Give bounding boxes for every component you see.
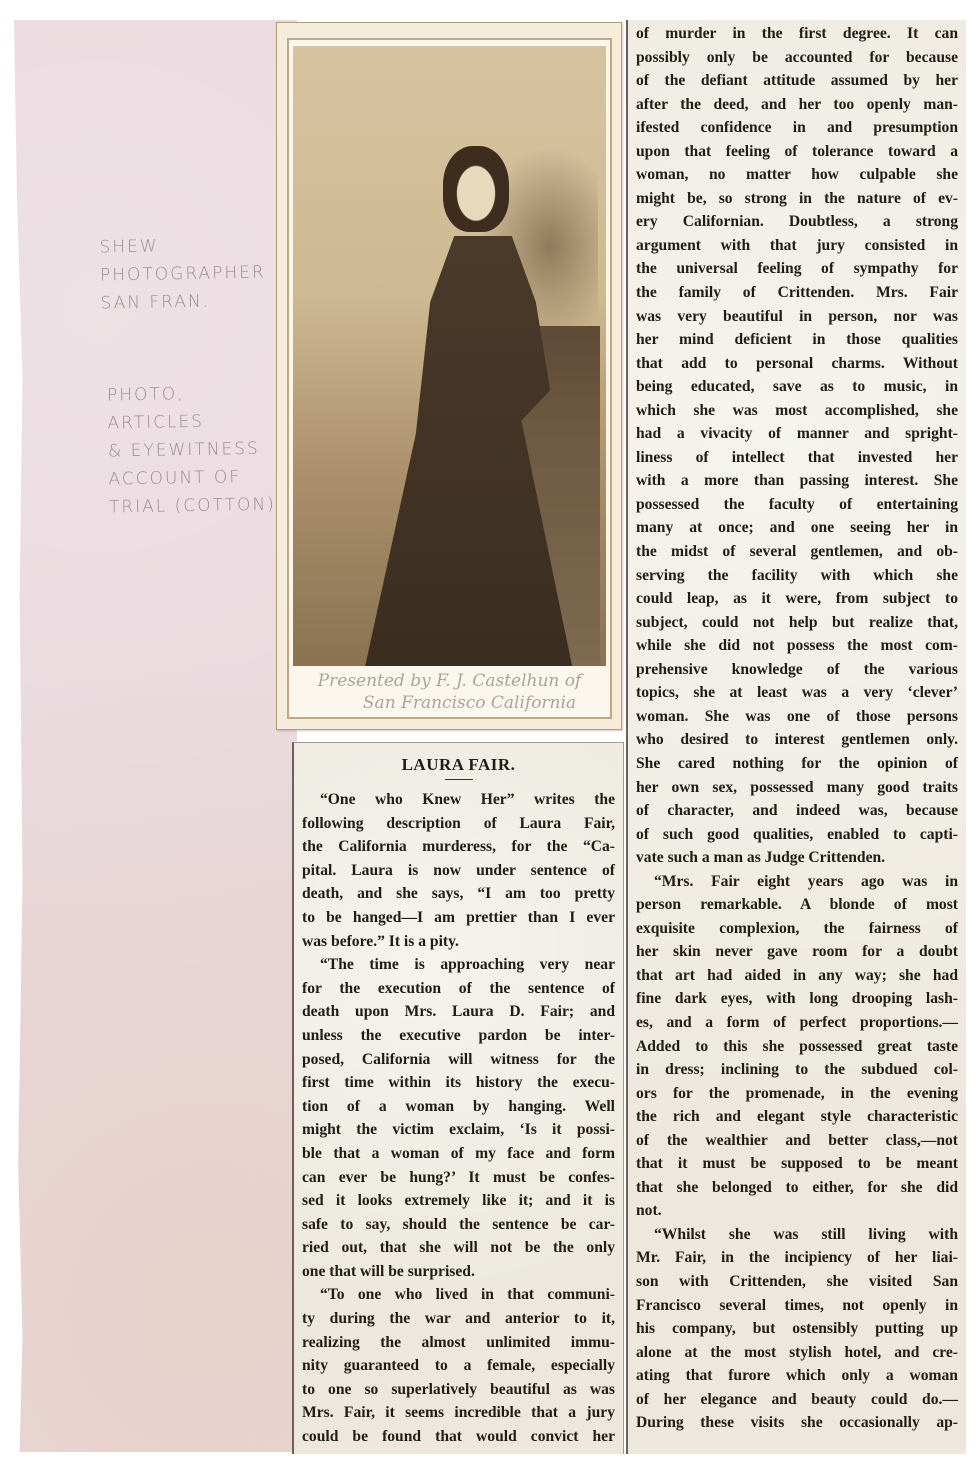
- text-line: es, and a form of perfect proportions.—: [636, 1011, 958, 1035]
- text-line: was before.” It is a pity.: [302, 930, 615, 954]
- pencil-line: Shew: [99, 231, 265, 262]
- text-line: ors for the promenade, in the evening: [636, 1082, 958, 1106]
- text-line: not.: [636, 1199, 958, 1223]
- newspaper-clipping-laura-fair: LAURA FAIR. “One who Knew Her” writes th…: [292, 742, 624, 1454]
- text-line: prehensive knowledge of the various: [636, 658, 958, 682]
- text-line: was very beautiful in person, nor was: [636, 305, 958, 329]
- carte-de-visite: Presented by F. J. Castelhun of San Fran…: [276, 22, 622, 730]
- text-line: alone at the most stylish hotel, and cre…: [636, 1341, 958, 1365]
- text-line: the family of Crittenden. Mrs. Fair: [636, 281, 958, 305]
- pencil-line: Articles: [107, 407, 274, 438]
- text-line: being educated, save as to music, in: [636, 375, 958, 399]
- pencil-line: Account of: [108, 463, 275, 494]
- text-line: ating that furore which only a woman: [636, 1364, 958, 1388]
- text-line: her mind deficient in those qualities: [636, 328, 958, 352]
- clipping-body: “One who Knew Her” writes thefollowing d…: [302, 788, 615, 1449]
- pencil-line: & Eyewitness: [108, 435, 275, 466]
- pencil-note-photographer: Shew Photographer San Fran.: [99, 231, 266, 318]
- text-line: posed, California will witness for the: [302, 1048, 615, 1072]
- text-line: “One who Knew Her” writes the: [302, 788, 615, 812]
- text-line: could be found that would convict her: [302, 1425, 615, 1449]
- carte-frame: Presented by F. J. Castelhun of San Fran…: [287, 38, 612, 719]
- text-line: upon that feeling of tolerance toward a: [636, 140, 958, 164]
- pencil-line: San Fran.: [100, 287, 266, 318]
- text-line: unless the executive pardon be inter-: [302, 1024, 615, 1048]
- text-line: that she belonged to either, for she did: [636, 1176, 958, 1200]
- text-line: liness of intellect that invested her: [636, 446, 958, 470]
- text-line: of her elegance and beauty could do.—: [636, 1388, 958, 1412]
- text-line: for the execution of the sentence of: [302, 977, 615, 1001]
- text-line: with a more than passing interest. She: [636, 469, 958, 493]
- handwritten-inscription: Presented by F. J. Castelhun of San Fran…: [293, 670, 606, 720]
- text-line: that art had aided in any way; she had: [636, 964, 958, 988]
- text-line: her skin never gave room for a doubt: [636, 940, 958, 964]
- text-line: ifested confidence in and presumption: [636, 116, 958, 140]
- text-line: She cared nothing for the opinion of: [636, 752, 958, 776]
- pencil-note-contents: Photo, Articles & Eyewitness Account of …: [107, 379, 276, 522]
- text-line: fine dark eyes, with long drooping lash-: [636, 987, 958, 1011]
- text-line: argument with that jury consisted in: [636, 234, 958, 258]
- clipping-headline: LAURA FAIR.: [302, 755, 615, 775]
- text-line: possibly only be accounted for because: [636, 46, 958, 70]
- inscription-line: Presented by F. J. Castelhun of: [293, 670, 606, 692]
- text-line: of such good qualities, enabled to capti…: [636, 823, 958, 847]
- text-line: first time within its history the execu-: [302, 1071, 615, 1095]
- text-line: after the deed, and her too openly man-: [636, 93, 958, 117]
- newspaper-clipping-continuation: of murder in the first degree. It canpos…: [626, 20, 966, 1454]
- text-line: might be, so strong in the nature of ev-: [636, 187, 958, 211]
- text-line: many at once; and one seeing her in: [636, 516, 958, 540]
- headline-rule: [445, 779, 473, 780]
- text-line: safe to say, should the sentence be car-: [302, 1213, 615, 1237]
- text-line: ery Californian. Doubtless, a strong: [636, 210, 958, 234]
- text-line: “Mrs. Fair eight years ago was in: [636, 870, 958, 894]
- text-line: “To one who lived in that communi-: [302, 1283, 615, 1307]
- text-line: to be hanged—I am prettier than I ever: [302, 906, 615, 930]
- text-line: tion of a woman by hanging. Well: [302, 1095, 615, 1119]
- text-line: of character, and indeed was, because: [636, 799, 958, 823]
- text-line: in dress; inclining to the subdued col-: [636, 1058, 958, 1082]
- text-line: of the wealthier and better class,—not: [636, 1129, 958, 1153]
- text-line: the California murderess, for the “Ca-: [302, 835, 615, 859]
- text-line: During these visits she occasionally ap-: [636, 1411, 958, 1435]
- text-line: topics, she at least was a very ‘clever’: [636, 681, 958, 705]
- text-line: exquisite complexion, the fairness of: [636, 917, 958, 941]
- text-line: of the defiant attitude assumed by her: [636, 69, 958, 93]
- text-line: vate such a man as Judge Crittenden.: [636, 846, 958, 870]
- text-line: his company, but ostensibly putting up: [636, 1317, 958, 1341]
- text-line: the rich and elegant style characteristi…: [636, 1105, 958, 1129]
- inscription-line: San Francisco California: [293, 692, 606, 714]
- text-line: “The time is approaching very near: [302, 953, 615, 977]
- text-line: woman. She was one of those persons: [636, 705, 958, 729]
- pencil-line: Photographer: [100, 259, 266, 290]
- text-line: to one so superlatively beautiful as was: [302, 1378, 615, 1402]
- text-line: possessed the faculty of entertaining: [636, 493, 958, 517]
- text-line: realizing the almost unlimited immu-: [302, 1331, 615, 1355]
- text-line: person remarkable. A blonde of most: [636, 893, 958, 917]
- text-line: following description of Laura Fair,: [302, 812, 615, 836]
- text-line: subject, could not help but realize that…: [636, 611, 958, 635]
- clipping-body: of murder in the first degree. It canpos…: [636, 22, 958, 1435]
- text-line: Mr. Fair, in the incipiency of her liai-: [636, 1246, 958, 1270]
- text-line: pital. Laura is now under sentence of: [302, 859, 615, 883]
- text-line: Mrs. Fair, it seems incredible that a ju…: [302, 1401, 615, 1425]
- text-line: while she did not possess the most com-: [636, 634, 958, 658]
- woman-head: [443, 146, 509, 232]
- pencil-line: Trial (cotton): [109, 491, 276, 522]
- text-line: one that will be surprised.: [302, 1260, 615, 1284]
- text-line: that it must be supposed to be meant: [636, 1152, 958, 1176]
- text-line: ble that a woman of my face and form: [302, 1142, 615, 1166]
- text-line: the universal feeling of sympathy for: [636, 257, 958, 281]
- text-line: had a vivacity of manner and spright-: [636, 422, 958, 446]
- text-line: sed it looks extremely like it; and it i…: [302, 1189, 615, 1213]
- text-line: the midst of several gentlemen, and ob-: [636, 540, 958, 564]
- text-line: Francisco several times, not openly in: [636, 1294, 958, 1318]
- text-line: might the victim exclaim, ‘Is it possi-: [302, 1118, 615, 1142]
- pencil-line: Photo,: [107, 379, 274, 410]
- portrait-photograph: [293, 46, 606, 666]
- text-line: which she was most accomplished, she: [636, 399, 958, 423]
- text-line: death upon Mrs. Laura D. Fair; and: [302, 1000, 615, 1024]
- text-line: death, and she says, “I am too pretty: [302, 882, 615, 906]
- text-line: could leap, as it were, from subject to: [636, 587, 958, 611]
- text-line: son with Crittenden, she visited San: [636, 1270, 958, 1294]
- text-line: can ever be hung?’ It must be confes-: [302, 1166, 615, 1190]
- text-line: “Whilst she was still living with: [636, 1223, 958, 1247]
- text-line: ried out, that she will not be the only: [302, 1236, 615, 1260]
- text-line: ty during the war and anterior to it,: [302, 1307, 615, 1331]
- text-line: her own sex, possessed many good traits: [636, 776, 958, 800]
- text-line: nity guaranteed to a female, especially: [302, 1354, 615, 1378]
- text-line: serving the facility with which she: [636, 564, 958, 588]
- text-line: Added to this she possessed great taste: [636, 1035, 958, 1059]
- text-line: that add to personal charms. Without: [636, 352, 958, 376]
- text-line: woman, no matter how culpable she: [636, 163, 958, 187]
- text-line: who desired to interest gentlemen only.: [636, 728, 958, 752]
- text-line: of murder in the first degree. It can: [636, 22, 958, 46]
